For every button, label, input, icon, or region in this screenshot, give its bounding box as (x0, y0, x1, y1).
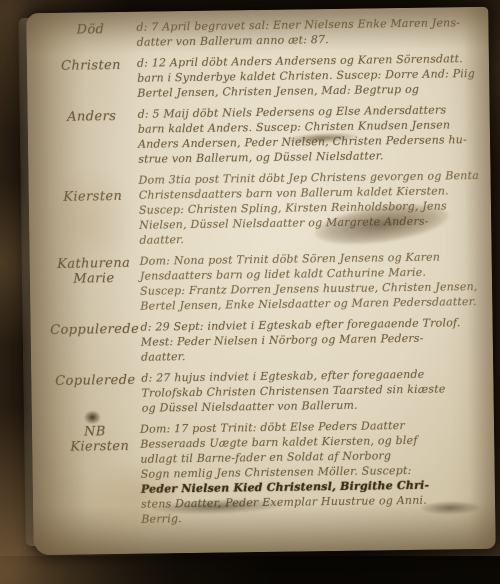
margin-label-cell: Anders (46, 107, 139, 168)
manuscript-page: Död d: 7 April begravet sal: Ener Nielse… (26, 7, 496, 555)
margin-name: Christen (45, 58, 137, 74)
margin-label-cell: Kathurena Marie (48, 254, 141, 315)
entry-text: d: 27 hujus indviet i Egteskab, efter fo… (141, 366, 488, 416)
entry-text: Dom 3tia post Trinit döbt Jep Christens … (138, 168, 485, 248)
margin-label-cell: Coppulerede (49, 320, 142, 366)
register-entry-baptism-kiersten: Kiersten Dom 3tia post Trinit döbt Jep C… (46, 168, 485, 249)
margin-label-cell: Död (44, 20, 136, 51)
entry-text: d: 5 Maij döbt Niels Pedersens og Else A… (138, 102, 485, 167)
margin-label-cell: Kiersten (46, 173, 139, 249)
margin-label-cell: NB Kiersten (50, 422, 141, 528)
register-entry-burial: Död d: 7 April begravet sal: Ener Nielse… (44, 15, 482, 51)
entry-text: d: 7 April begravet sal: Ener Nielsens E… (136, 15, 482, 50)
register-entry-baptism-anders: Anders d: 5 Maij döbt Niels Pedersens og… (46, 102, 485, 168)
entry-text: Dom: Nona post Trinit döbt Sören Jensens… (140, 249, 487, 314)
margin-name: Coppulerede (49, 322, 141, 338)
page-content: Död d: 7 April begravet sal: Ener Nielse… (26, 7, 495, 540)
book-cover-bottom-edge (0, 556, 500, 584)
register-entry-marriage-2: Copulerede d: 27 hujus indviet i Egteska… (49, 366, 488, 417)
margin-name: NB (70, 424, 140, 440)
entry-text: Dom: 17 post Trinit: döbt Else Peders Da… (140, 417, 489, 527)
margin-name: Anders (46, 109, 138, 125)
margin-label-cell: Christen (45, 56, 138, 102)
margin-name: Copulerede (49, 373, 141, 389)
margin-label-cell: Copulerede (49, 371, 142, 417)
margin-name: Kathurena (48, 256, 140, 272)
margin-name: Kiersten (47, 189, 139, 205)
margin-name: Död (44, 22, 136, 38)
entry-text: d: 12 April döbt Anders Andersens og Kar… (137, 51, 484, 101)
entry-text: d: 29 Sept: indviet i Egteskab efter for… (141, 315, 488, 365)
scanned-church-book-photo: Död d: 7 April begravet sal: Ener Nielse… (0, 0, 500, 584)
register-entry-baptism-cathurine-marie: Kathurena Marie Dom: Nona post Trinit dö… (48, 249, 487, 315)
register-entry-marriage-1: Coppulerede d: 29 Sept: indviet i Egtesk… (49, 315, 488, 366)
margin-name-line2: Kiersten (70, 439, 140, 455)
register-entry-baptism-christen: Christen d: 12 April döbt Anders Anderse… (45, 51, 484, 102)
register-entry-baptism-nb-kiersten: NB Kiersten Dom: 17 post Trinit: döbt El… (50, 417, 489, 528)
margin-name-line2: Marie (48, 271, 140, 287)
